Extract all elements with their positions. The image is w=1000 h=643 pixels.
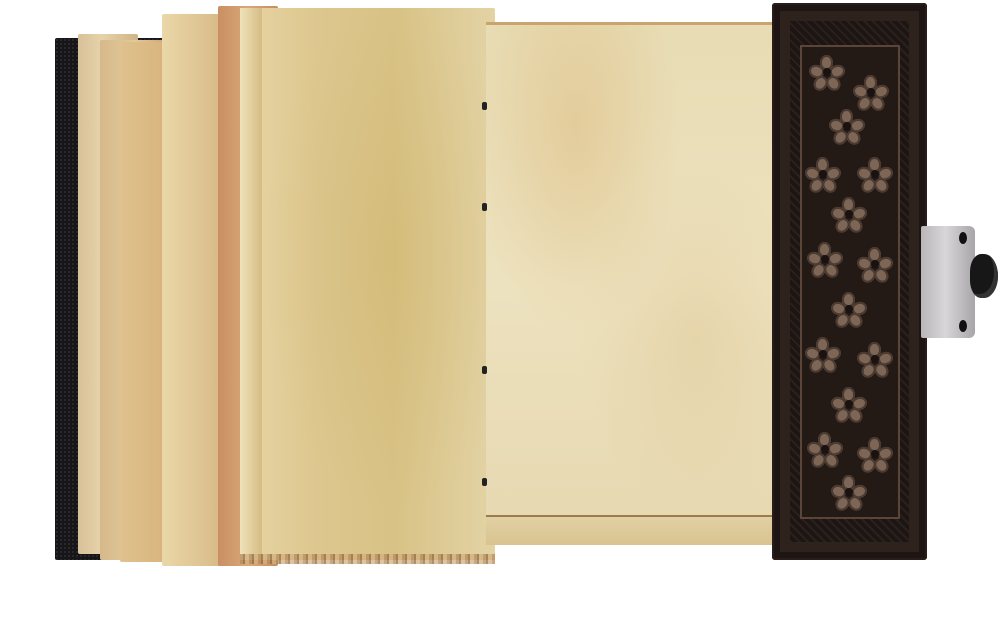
- rivet-icon: [959, 232, 967, 244]
- binding-stitch: [482, 478, 487, 486]
- flower-emboss-icon: [808, 432, 842, 466]
- flower-emboss-icon: [858, 342, 892, 376]
- flower-emboss-icon: [854, 75, 888, 109]
- flower-emboss-icon: [810, 55, 844, 89]
- metal-clasp-strap: [921, 226, 975, 338]
- floral-panel: [800, 45, 900, 519]
- front-cover-embossed: [772, 3, 927, 560]
- flower-emboss-icon: [858, 437, 892, 471]
- flower-emboss-icon: [830, 109, 864, 143]
- flower-emboss-icon: [806, 157, 840, 191]
- binding-stitch: [482, 203, 487, 211]
- flower-emboss-icon: [832, 475, 866, 509]
- binding-stitch: [482, 366, 487, 374]
- right-page-blank: [486, 22, 786, 545]
- flower-emboss-icon: [858, 157, 892, 191]
- page-stack-bottom: [486, 515, 786, 545]
- left-page: [240, 8, 495, 560]
- flower-emboss-icon: [858, 247, 892, 281]
- deckle-edge: [240, 554, 495, 564]
- clasp-button: [970, 254, 998, 298]
- binding-stitch: [482, 102, 487, 110]
- flower-emboss-icon: [832, 387, 866, 421]
- rivet-icon: [959, 320, 967, 332]
- flower-emboss-icon: [808, 242, 842, 276]
- journal-photo: [0, 0, 1000, 643]
- flower-emboss-icon: [806, 337, 840, 371]
- flower-emboss-icon: [832, 197, 866, 231]
- flower-emboss-icon: [832, 292, 866, 326]
